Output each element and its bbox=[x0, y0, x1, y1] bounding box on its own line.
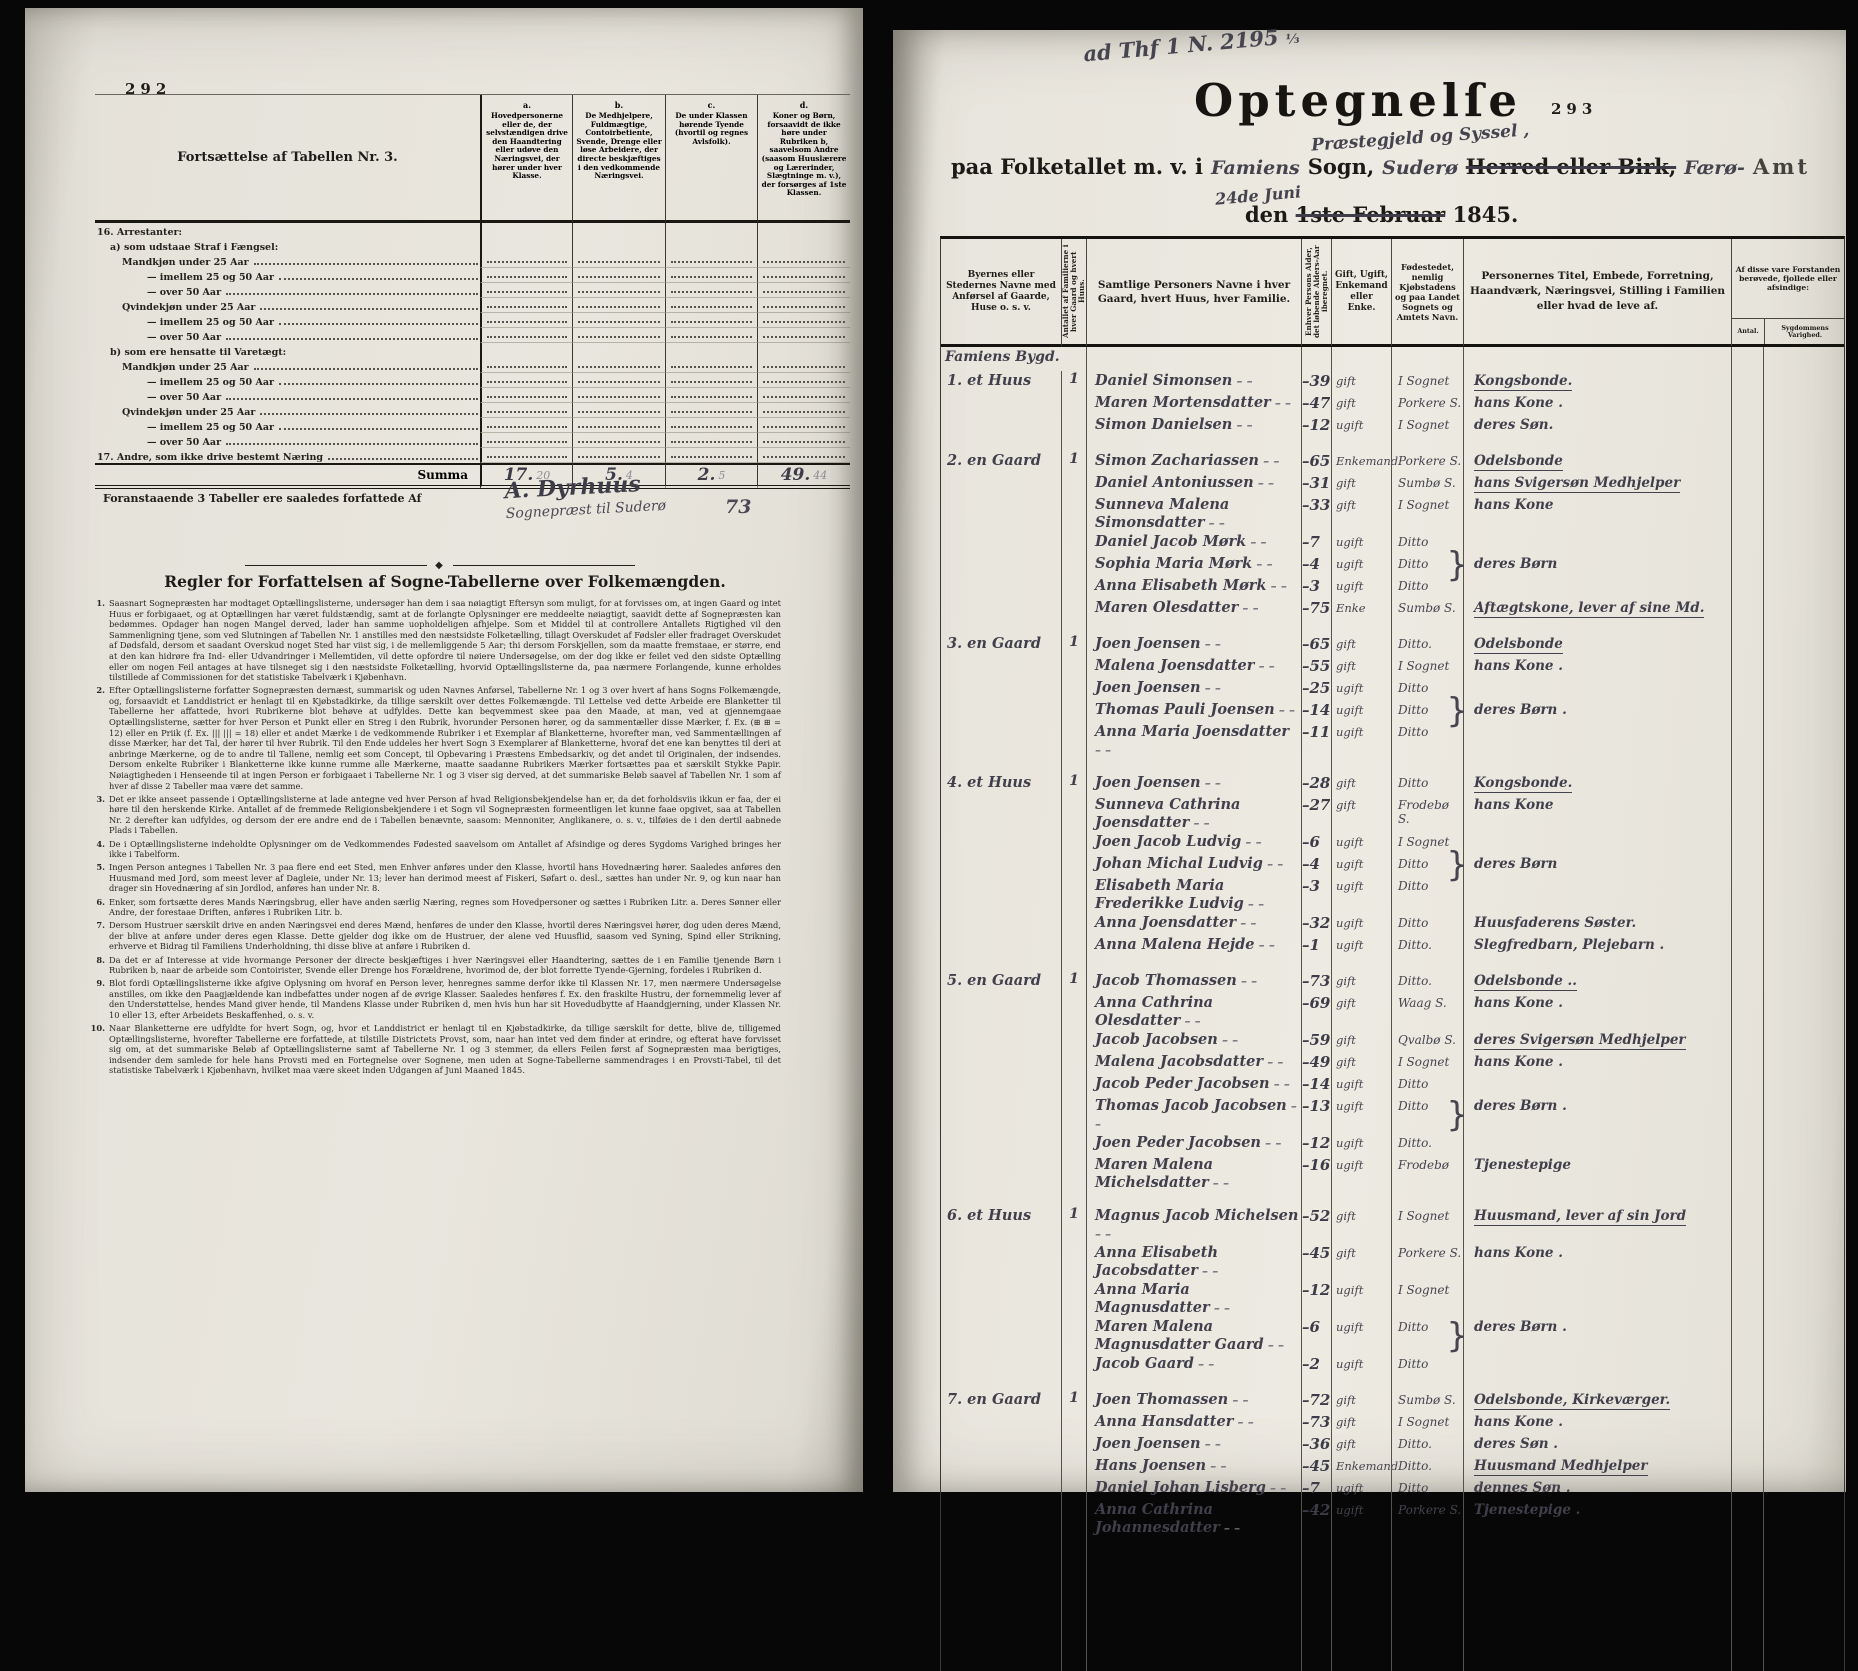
census-cell-families bbox=[1061, 700, 1086, 722]
column-header-c: c. De under Klassen hørende Tyende (hvor… bbox=[665, 95, 757, 223]
group-brace: } bbox=[1446, 691, 1468, 731]
census-cell-age: –27 bbox=[1301, 795, 1331, 832]
census-cell-name: Anna Joensdatter bbox=[1086, 913, 1301, 935]
dotted-leader bbox=[763, 336, 845, 338]
person-name: Anna Malena Hejde bbox=[1095, 936, 1275, 954]
person-name: Maren Malena Magnusdatter Gaard bbox=[1095, 1318, 1299, 1354]
census-cell-birthplace: Ditto. bbox=[1391, 634, 1463, 656]
spacer-row-cell bbox=[1731, 759, 1763, 773]
census-cell-insane-varighed bbox=[1763, 1456, 1844, 1478]
dotted-leader bbox=[487, 441, 567, 443]
table-data-cell bbox=[480, 448, 572, 463]
table-row-label: — imellem 25 og 50 Aar bbox=[95, 268, 480, 283]
person-occupation: deres Søn . bbox=[1474, 1436, 1558, 1452]
census-cell-age: –49 bbox=[1301, 1052, 1331, 1074]
summa-value-cell: 49.44 bbox=[757, 463, 850, 489]
census-cell-name: Joen Joensen bbox=[1086, 678, 1301, 700]
census-cell-birthplace: Frodebø S. bbox=[1391, 795, 1463, 832]
census-cell-name: Joen Joensen bbox=[1086, 773, 1301, 795]
census-cell-birthplace: Ditto. bbox=[1391, 935, 1463, 957]
spacer-row-cell bbox=[1331, 437, 1391, 451]
group-brace: } bbox=[1446, 845, 1468, 885]
table-data-cell bbox=[757, 388, 850, 403]
census-cell-place: 6. et Huus bbox=[941, 1206, 1061, 1243]
table-data-cell bbox=[480, 238, 572, 253]
census-cell-place bbox=[941, 473, 1061, 495]
census-cell-insane-varighed bbox=[1763, 1243, 1844, 1280]
table-data-cell bbox=[572, 283, 665, 298]
census-cell-insane-antal bbox=[1731, 1390, 1763, 1412]
census-cell-insane-varighed bbox=[1763, 854, 1844, 876]
table-row-label-text: — over 50 Aar bbox=[147, 437, 221, 448]
person-name: Anna Cathrina Olesdatter bbox=[1095, 994, 1299, 1030]
census-cell-status: ugift bbox=[1331, 415, 1391, 437]
census-cell-birthplace: Ditto bbox=[1391, 1354, 1463, 1376]
census-cell-place bbox=[941, 935, 1061, 957]
census-cell-families bbox=[1061, 795, 1086, 832]
census-cell-name: Anna Maria Magnusdatter bbox=[1086, 1280, 1301, 1317]
person-name: Anna Joensdatter bbox=[1095, 914, 1256, 932]
spacer-row-cell bbox=[1731, 957, 1763, 971]
census-cell-status: gift bbox=[1331, 1052, 1391, 1074]
rule-text: Naar Blanketterne ere udfyldte for hvert… bbox=[109, 1023, 781, 1075]
dotted-leader bbox=[260, 308, 478, 310]
person-occupation: deres Søn. bbox=[1474, 417, 1553, 433]
census-cell-status: gift bbox=[1331, 634, 1391, 656]
table-data-cell bbox=[480, 268, 572, 283]
person-name: Joen Joensen bbox=[1095, 679, 1221, 697]
census-cell-place: 7. en Gaard bbox=[941, 1390, 1061, 1412]
census-cell-name: Daniel Antoniussen bbox=[1086, 473, 1301, 495]
person-name: Johan Michal Ludvig bbox=[1095, 855, 1283, 873]
person-occupation: hans Kone . bbox=[1474, 1414, 1563, 1430]
census-cell-status: ugift bbox=[1331, 935, 1391, 957]
census-cell-name: Sophia Maria Mørk bbox=[1086, 554, 1301, 576]
spacer-row-cell bbox=[1086, 1376, 1301, 1390]
journal-annotation: ad Thf 1 N. 2195 ⅓ bbox=[1082, 23, 1300, 67]
table-row-label: 17. Andre, som ikke drive bestemt Næring bbox=[95, 448, 480, 463]
table-data-cell bbox=[572, 388, 665, 403]
dotted-leader bbox=[671, 381, 752, 383]
spacer-row-cell bbox=[1301, 1376, 1331, 1390]
table-row-label: Mandkjøn under 25 Aar bbox=[95, 358, 480, 373]
census-cell-place bbox=[941, 1434, 1061, 1456]
census-cell-occupation: deres Børn . bbox=[1463, 700, 1731, 722]
dotted-leader bbox=[254, 263, 478, 265]
dotted-leader bbox=[487, 321, 567, 323]
census-cell-place: 2. en Gaard bbox=[941, 451, 1061, 473]
census-cell-insane-antal bbox=[1731, 1354, 1763, 1376]
census-cell-occupation: deres Børn bbox=[1463, 554, 1731, 576]
table-data-cell bbox=[572, 433, 665, 448]
rules-heading: Regler for Forfattelsen af Sogne-Tabelle… bbox=[95, 572, 795, 591]
dotted-leader bbox=[260, 413, 478, 415]
date-line: den 1ste Februar 1845. bbox=[1245, 202, 1518, 227]
census-cell-place bbox=[941, 854, 1061, 876]
table-row-label-text: b) som ere hensatte til Varetægt: bbox=[110, 347, 286, 358]
census-cell-insane-varighed bbox=[1763, 795, 1844, 832]
census-header-insane-sub: Antal. Sygdommens Varighed. bbox=[1732, 318, 1844, 344]
dotted-leader bbox=[671, 456, 752, 458]
census-cell-occupation: Slegfredbarn, Plejebarn . bbox=[1463, 935, 1731, 957]
census-cell-name: Joen Thomassen bbox=[1086, 1390, 1301, 1412]
table-data-cell bbox=[665, 433, 757, 448]
census-cell-insane-varighed bbox=[1763, 1052, 1844, 1074]
census-header-antal: Antal. bbox=[1732, 319, 1764, 344]
census-header-birthplace: Fødestedet, nemlig Kjøbstadens og paa La… bbox=[1391, 239, 1463, 347]
spacer-row-cell bbox=[1061, 759, 1086, 773]
census-cell-occupation bbox=[1463, 876, 1731, 913]
spacer-row-cell bbox=[1391, 437, 1463, 451]
census-cell-birthplace: Ditto bbox=[1391, 1074, 1463, 1096]
census-cell-age: –55 bbox=[1301, 656, 1331, 678]
rule-number: 7. bbox=[87, 920, 105, 931]
census-cell-status: ugift bbox=[1331, 1478, 1391, 1500]
census-cell-birthplace: Porkere S. bbox=[1391, 393, 1463, 415]
spacer-row-cell bbox=[1731, 437, 1763, 451]
census-cell-birthplace: Sumbø S. bbox=[1391, 473, 1463, 495]
census-cell-occupation: Huusmand Medhjelper bbox=[1463, 1456, 1731, 1478]
census-cell-insane-antal bbox=[1731, 832, 1763, 854]
census-cell-occupation: deres Børn . bbox=[1463, 1096, 1731, 1133]
table-data-cell bbox=[665, 358, 757, 373]
spacer-row-cell bbox=[1301, 957, 1331, 971]
table-data-cell bbox=[572, 343, 665, 358]
spacer-row-cell bbox=[1763, 347, 1844, 371]
census-cell-name: Maren Malena Michelsdatter bbox=[1086, 1155, 1301, 1192]
census-cell-status: ugift bbox=[1331, 1317, 1391, 1354]
dotted-leader bbox=[226, 293, 478, 295]
column-letter-a: a. bbox=[523, 100, 531, 110]
census-cell-occupation bbox=[1463, 1074, 1731, 1096]
person-name: Daniel Antoniussen bbox=[1095, 474, 1274, 492]
census-cell-place bbox=[941, 415, 1061, 437]
census-header-insane: Af disse vare Forstanden berøvede, fjoll… bbox=[1731, 239, 1844, 347]
column-text-a: Hovedpersonerne eller de, der selvstændi… bbox=[485, 112, 569, 181]
census-cell-age: –32 bbox=[1301, 913, 1331, 935]
census-cell-families bbox=[1061, 678, 1086, 700]
summa-value-main: 49. bbox=[781, 465, 811, 485]
table-data-cell bbox=[757, 403, 850, 418]
census-cell-occupation: hans Kone . bbox=[1463, 1052, 1731, 1074]
column-header-a: a. Hovedpersonerne eller de, der selvstæ… bbox=[480, 95, 572, 223]
census-cell-age: –25 bbox=[1301, 678, 1331, 700]
person-occupation: Odelsbonde bbox=[1474, 453, 1563, 471]
census-cell-status: ugift bbox=[1331, 1074, 1391, 1096]
person-occupation: dennes Søn . bbox=[1474, 1480, 1571, 1496]
census-cell-age: –7 bbox=[1301, 532, 1331, 554]
person-occupation: Kongsbonde. bbox=[1474, 775, 1572, 793]
person-occupation: hans Kone . bbox=[1474, 995, 1563, 1011]
spacer-row-cell bbox=[1763, 1376, 1844, 1390]
census-cell-name: Daniel Simonsen bbox=[1086, 371, 1301, 393]
dotted-leader bbox=[671, 276, 752, 278]
table-data-cell bbox=[480, 283, 572, 298]
spacer-row-cell bbox=[1391, 620, 1463, 634]
census-cell-name: Sunneva Malena Simonsdatter bbox=[1086, 495, 1301, 532]
census-cell-place bbox=[941, 554, 1061, 576]
census-cell-occupation: Aftægtskone, lever af sine Md. bbox=[1463, 598, 1731, 620]
table-row-label-text: — over 50 Aar bbox=[147, 392, 221, 403]
table-data-cell bbox=[665, 223, 757, 238]
census-cell-name: Jacob Gaard bbox=[1086, 1354, 1301, 1376]
table-data-cell bbox=[572, 238, 665, 253]
date-struck: 1ste Februar bbox=[1296, 202, 1446, 227]
census-cell-name: Sunneva Cathrina Joensdatter bbox=[1086, 795, 1301, 832]
census-cell-occupation: Odelsbonde bbox=[1463, 451, 1731, 473]
census-cell-insane-antal bbox=[1731, 576, 1763, 598]
person-name: Malena Jacobsdatter bbox=[1095, 1053, 1283, 1071]
table-data-cell bbox=[757, 223, 850, 238]
census-cell-age: –7 bbox=[1301, 1478, 1331, 1500]
spacer-row-cell bbox=[1731, 1376, 1763, 1390]
rule-number: 10. bbox=[87, 1023, 105, 1034]
census-cell-age: –14 bbox=[1301, 700, 1331, 722]
dotted-leader bbox=[671, 321, 752, 323]
census-cell-occupation: deres Børn bbox=[1463, 854, 1731, 876]
rule-number: 1. bbox=[87, 598, 105, 609]
spacer-row-cell bbox=[1463, 759, 1731, 773]
census-cell-status: gift bbox=[1331, 495, 1391, 532]
dotted-leader bbox=[671, 261, 752, 263]
census-cell-birthplace: I Sognet bbox=[1391, 1206, 1463, 1243]
spacer-row-cell bbox=[1463, 1376, 1731, 1390]
spacer-row-cell bbox=[1086, 957, 1301, 971]
spacer-row-cell bbox=[1391, 1376, 1463, 1390]
person-name: Jacob Gaard bbox=[1095, 1355, 1214, 1373]
person-name: Jacob Jacobsen bbox=[1095, 1031, 1238, 1049]
dotted-leader bbox=[487, 366, 567, 368]
dotted-leader bbox=[763, 276, 845, 278]
spacer-row-cell bbox=[1301, 759, 1331, 773]
census-cell-insane-varighed bbox=[1763, 913, 1844, 935]
census-cell-occupation: deres Søn. bbox=[1463, 415, 1731, 437]
table-data-cell bbox=[572, 298, 665, 313]
census-cell-families: 1 bbox=[1061, 451, 1086, 473]
census-cell-place bbox=[941, 495, 1061, 532]
person-name: Thomas Pauli Joensen bbox=[1095, 701, 1295, 719]
census-cell-age: –75 bbox=[1301, 598, 1331, 620]
table-row-label-text: Qvindekjøn under 25 Aar bbox=[122, 407, 255, 418]
census-cell-age: –16 bbox=[1301, 1155, 1331, 1192]
table-row-label-text: a) som udstaae Straf i Fængsel: bbox=[110, 242, 278, 253]
census-cell-families bbox=[1061, 1052, 1086, 1074]
census-header-row: Byernes eller Stedernes Navne med Anførs… bbox=[941, 239, 1844, 347]
census-body: Famiens Bygd.1. et Huus1Daniel Simonsen–… bbox=[941, 347, 1844, 1500]
table-data-cell bbox=[480, 313, 572, 328]
spacer-row-cell bbox=[1391, 759, 1463, 773]
person-occupation: Huusmand Medhjelper bbox=[1474, 1458, 1648, 1476]
census-cell-occupation bbox=[1463, 832, 1731, 854]
table-data-cell bbox=[665, 298, 757, 313]
census-cell-status: gift bbox=[1331, 393, 1391, 415]
spacer-row-cell bbox=[1463, 437, 1731, 451]
person-name: Simon Zachariassen bbox=[1095, 452, 1279, 470]
spacer-row-cell bbox=[1463, 347, 1731, 371]
person-occupation: deres Børn . bbox=[1474, 1319, 1567, 1335]
journal-annotation-fraction: ⅓ bbox=[1285, 32, 1300, 48]
census-cell-name: Johan Michal Ludvig bbox=[1086, 854, 1301, 876]
table-row-label-text: 17. Andre, som ikke drive bestemt Næring bbox=[97, 452, 323, 463]
census-cell-families bbox=[1061, 1074, 1086, 1096]
rule-number: 9. bbox=[87, 978, 105, 989]
person-name: Joen Jacob Ludvig bbox=[1095, 833, 1262, 851]
census-cell-occupation: hans Svigersøn Medhjelper bbox=[1463, 473, 1731, 495]
dotted-leader bbox=[487, 336, 567, 338]
dotted-leader bbox=[763, 261, 845, 263]
census-cell-age: –45 bbox=[1301, 1243, 1331, 1280]
census-header-occupation: Personernes Titel, Embede, Forretning, H… bbox=[1463, 239, 1731, 347]
census-cell-birthplace: Ditto} bbox=[1391, 854, 1463, 876]
census-cell-insane-varighed bbox=[1763, 1030, 1844, 1052]
table-row-label: — imellem 25 og 50 Aar bbox=[95, 418, 480, 433]
table-data-cell bbox=[480, 373, 572, 388]
table-row-label-text: — imellem 25 og 50 Aar bbox=[147, 422, 274, 433]
census-cell-age: –12 bbox=[1301, 415, 1331, 437]
census-cell-birthplace: Porkere S. bbox=[1391, 1243, 1463, 1280]
census-cell-name: Anna Elisabeth Jacobsdatter bbox=[1086, 1243, 1301, 1280]
person-name: Malena Joensdatter bbox=[1095, 657, 1275, 675]
spacer-row-cell bbox=[1331, 620, 1391, 634]
person-occupation: deres Børn bbox=[1474, 556, 1557, 572]
table-row-label-text: — imellem 25 og 50 Aar bbox=[147, 377, 274, 388]
census-cell-insane-antal bbox=[1731, 393, 1763, 415]
spacer-row-cell bbox=[941, 620, 1061, 634]
column-letter-d: d. bbox=[800, 100, 808, 110]
table-data-cell bbox=[665, 448, 757, 463]
census-cell-families bbox=[1061, 876, 1086, 913]
spacer-row-cell bbox=[1086, 620, 1301, 634]
table-data-cell bbox=[757, 283, 850, 298]
dotted-leader bbox=[763, 396, 845, 398]
census-cell-occupation: Kongsbonde. bbox=[1463, 773, 1731, 795]
census-cell-insane-antal bbox=[1731, 1052, 1763, 1074]
census-cell-age: –13 bbox=[1301, 1096, 1331, 1133]
census-cell-families bbox=[1061, 598, 1086, 620]
census-cell-status: ugift bbox=[1331, 554, 1391, 576]
census-cell-name: Thomas Jacob Jacobsen bbox=[1086, 1096, 1301, 1133]
column-letter-c: c. bbox=[708, 100, 716, 110]
census-cell-families bbox=[1061, 1030, 1086, 1052]
table-row-label: — over 50 Aar bbox=[95, 283, 480, 298]
census-cell-place bbox=[941, 1155, 1061, 1192]
spacer-row-cell bbox=[1086, 1192, 1301, 1206]
census-cell-name: Maren Mortensdatter bbox=[1086, 393, 1301, 415]
census-cell-place bbox=[941, 393, 1061, 415]
table-data-cell bbox=[480, 418, 572, 433]
census-cell-families bbox=[1061, 415, 1086, 437]
census-cell-name: Jacob Thomassen bbox=[1086, 971, 1301, 993]
table-data-cell bbox=[572, 268, 665, 283]
person-name: Anna Elisabeth Mørk bbox=[1095, 577, 1287, 595]
census-cell-name: Thomas Pauli Joensen bbox=[1086, 700, 1301, 722]
census-cell-occupation: Odelsbonde bbox=[1463, 634, 1731, 656]
person-occupation: deres Børn bbox=[1474, 856, 1557, 872]
census-cell-place bbox=[941, 722, 1061, 759]
census-table: Byernes eller Stedernes Navne med Anførs… bbox=[940, 236, 1845, 1500]
subtitle-printed-struck: Herred eller Birk, bbox=[1466, 154, 1676, 179]
census-cell-insane-antal bbox=[1731, 1133, 1763, 1155]
census-cell-age: –2 bbox=[1301, 1354, 1331, 1376]
census-cell-insane-varighed bbox=[1763, 1354, 1844, 1376]
rule-number: 2. bbox=[87, 685, 105, 696]
dotted-leader bbox=[671, 396, 752, 398]
table-data-cell bbox=[757, 373, 850, 388]
rule-text: Saasnart Sognepræsten har modtaget Optæl… bbox=[109, 598, 781, 682]
person-name: Sophia Maria Mørk bbox=[1095, 555, 1273, 573]
census-cell-families bbox=[1061, 1280, 1086, 1317]
census-cell-occupation bbox=[1463, 532, 1731, 554]
left-page: 292 Fortsættelse af Tabellen Nr. 3. a. H… bbox=[25, 8, 863, 1492]
rule-item: 3.Det er ikke anseet passende i Optællin… bbox=[87, 794, 781, 836]
table-data-cell bbox=[572, 358, 665, 373]
census-cell-name: Joen Jacob Ludvig bbox=[1086, 832, 1301, 854]
census-cell-families: 1 bbox=[1061, 971, 1086, 993]
person-name: Elisabeth Maria Frederikke Ludvig bbox=[1095, 877, 1299, 913]
census-cell-insane-varighed bbox=[1763, 1478, 1844, 1500]
person-occupation: hans Kone bbox=[1474, 497, 1554, 513]
census-cell-birthplace: Ditto. bbox=[1391, 971, 1463, 993]
census-header-varighed: Sygdommens Varighed. bbox=[1764, 319, 1845, 344]
dotted-leader bbox=[578, 276, 660, 278]
dotted-leader bbox=[487, 381, 567, 383]
census-cell-birthplace: I Sognet bbox=[1391, 656, 1463, 678]
table-row-label: a) som udstaae Straf i Fængsel: bbox=[95, 238, 480, 253]
census-cell-insane-varighed bbox=[1763, 722, 1844, 759]
rule-item: 2.Efter Optællingslisterne forfatter Sog… bbox=[87, 685, 781, 791]
census-cell-status: gift bbox=[1331, 1243, 1391, 1280]
spacer-row-cell bbox=[1086, 759, 1301, 773]
rule-number: 8. bbox=[87, 955, 105, 966]
dotted-leader bbox=[328, 458, 478, 460]
spacer-row-cell bbox=[1331, 957, 1391, 971]
census-cell-families bbox=[1061, 935, 1086, 957]
person-name: Maren Olesdatter bbox=[1095, 599, 1259, 617]
rule-item: 9.Blot fordi Optællingslisterne ikke afg… bbox=[87, 978, 781, 1020]
census-cell-place bbox=[941, 993, 1061, 1030]
census-cell-insane-varighed bbox=[1763, 1096, 1844, 1133]
census-cell-insane-antal bbox=[1731, 854, 1763, 876]
dotted-leader bbox=[763, 426, 845, 428]
dotted-leader bbox=[487, 456, 567, 458]
census-cell-place bbox=[941, 1280, 1061, 1317]
table-row-label-text: — over 50 Aar bbox=[147, 287, 221, 298]
spacer-row-cell bbox=[941, 957, 1061, 971]
census-cell-insane-antal bbox=[1731, 876, 1763, 913]
dotted-leader bbox=[671, 366, 752, 368]
census-cell-place bbox=[941, 678, 1061, 700]
table-data-cell bbox=[572, 328, 665, 343]
table-data-cell bbox=[757, 253, 850, 268]
dotted-leader bbox=[578, 411, 660, 413]
census-cell-birthplace: Ditto bbox=[1391, 913, 1463, 935]
rule-text: Da det er af Interesse at vide hvormange… bbox=[109, 955, 781, 976]
census-cell-insane-antal bbox=[1731, 913, 1763, 935]
census-cell-insane-antal bbox=[1731, 1206, 1763, 1243]
table-row-label: — imellem 25 og 50 Aar bbox=[95, 373, 480, 388]
census-cell-age: –4 bbox=[1301, 554, 1331, 576]
census-cell-families bbox=[1061, 532, 1086, 554]
table-row-label-text: 16. Arrestanter: bbox=[97, 227, 182, 238]
dotted-leader bbox=[578, 381, 660, 383]
dotted-leader bbox=[671, 441, 752, 443]
spacer-row-cell bbox=[1301, 1192, 1331, 1206]
table-data-cell bbox=[480, 223, 572, 238]
dotted-leader bbox=[226, 338, 478, 340]
census-cell-birthplace: I Sognet bbox=[1391, 415, 1463, 437]
census-header-families-text: Antallet af Familierne i hver Gaard og h… bbox=[1062, 242, 1086, 341]
spacer-row-cell bbox=[1061, 620, 1086, 634]
